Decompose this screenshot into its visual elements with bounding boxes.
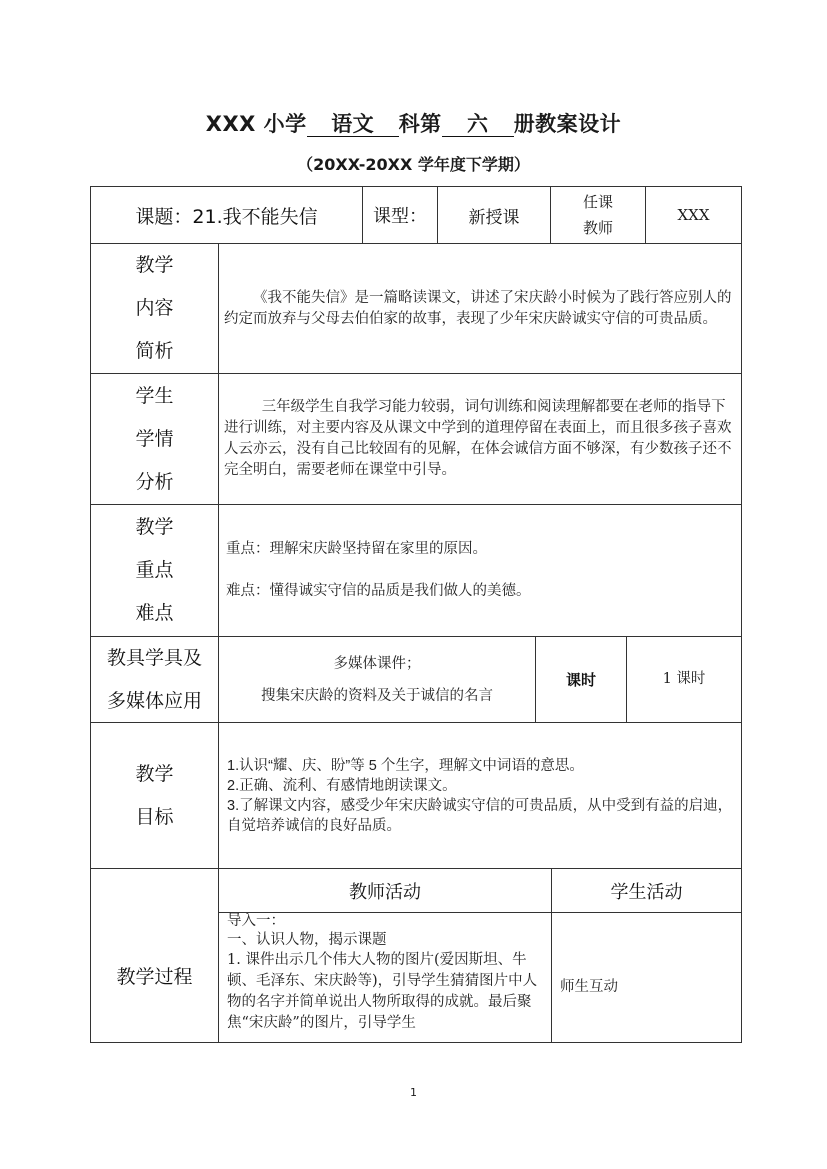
teacher-label-line: 任课: [583, 189, 613, 215]
student-activity-header: 学生活动: [552, 869, 741, 912]
teacher-activity-cell: 导入一： 一、认识人物，揭示课题 1. 课件出示几个伟大人物的图片(爱因斯坦、牛…: [227, 913, 549, 1042]
topic-label: 课题：: [135, 202, 192, 229]
table-border: [90, 1042, 742, 1043]
objectives-label: 教学 目标: [91, 723, 218, 868]
document-title: XXX 小学语文科第六册教案设计: [0, 108, 827, 138]
process-label: 教学过程: [91, 869, 218, 1042]
lesson-type-value: 新授课: [438, 187, 550, 243]
label-line: 教学: [135, 506, 173, 549]
student-analysis-text: 三年级学生自我学习能力较弱，词句训练和阅读理解都要在老师的指导下进行训练，对主要…: [224, 397, 738, 481]
subject-suffix: 科第: [399, 112, 442, 136]
label-line: 内容: [135, 287, 173, 330]
label-line: 难点: [135, 592, 173, 635]
media-items-cell: 多媒体课件； 搜集宋庆龄的资料及关于诚信的名言: [219, 637, 535, 722]
objectives-list: 1.认识“耀、庆、盼”等 5 个生字，理解文中词语的意思。 2.正确、流利、有感…: [227, 723, 738, 868]
student-activity-text: 师生互动: [560, 913, 740, 1042]
label-line: 教学: [135, 753, 173, 796]
key-points-cell: 重点：理解宋庆龄坚持留在家里的原因。 难点：懂得诚实守信的品质是我们做人的美德。: [226, 505, 738, 636]
content-summary-label: 教学 内容 简析: [91, 244, 218, 373]
key-points-label: 教学 重点 难点: [91, 505, 218, 636]
objective-item: 1.认识“耀、庆、盼”等 5 个生字，理解文中词语的意思。: [227, 756, 584, 776]
student-analysis-label: 学生 学情 分析: [91, 374, 218, 504]
objective-item: 2.正确、流利、有感情地朗读课文。: [227, 776, 457, 796]
class-hours-value: 1 课时: [627, 637, 741, 722]
teacher-activity-line: 导入一：: [227, 913, 549, 930]
label-line: 简析: [135, 330, 173, 373]
label-line: 学生: [135, 375, 173, 418]
label-line: 学情: [135, 418, 173, 461]
subject-field: 语文: [307, 112, 399, 137]
page-number: 1: [0, 1086, 827, 1099]
media-item: 多媒体课件；: [334, 648, 421, 680]
teacher-activity-header: 教师活动: [219, 869, 551, 912]
volume-suffix: 册教案设计: [514, 112, 622, 136]
lesson-type-label: 课型：: [363, 187, 437, 243]
content-summary-text: 《我不能失信》是一篇略读课文，讲述了宋庆龄小时候为了践行答应别人的约定而放弃与父…: [224, 288, 738, 330]
content-summary-cell: 《我不能失信》是一篇略读课文，讲述了宋庆龄小时候为了践行答应别人的约定而放弃与父…: [224, 244, 738, 373]
teacher-label-line: 教师: [583, 215, 613, 241]
student-analysis-cell: 三年级学生自我学习能力较弱，词句训练和阅读理解都要在老师的指导下进行训练，对主要…: [224, 374, 738, 504]
label-line: 多媒体应用: [107, 680, 202, 723]
topic-value: 21.我不能失信: [192, 202, 317, 229]
media-label: 教具学具及 多媒体应用: [91, 637, 218, 722]
teacher-activity-line: 1. 课件出示几个伟大人物的图片(爱因斯坦、牛顿、毛泽东、宋庆龄等)，引导学生猜…: [227, 950, 549, 1034]
term-subtitle: （20XX-20XX 学年度下学期）: [0, 152, 827, 175]
teacher-label: 任课 教师: [551, 187, 645, 243]
teacher-activity-line: 一、认识人物，揭示课题: [227, 930, 549, 950]
label-line: 教学: [135, 244, 173, 287]
label-line: 重点: [135, 549, 173, 592]
label-line: 教具学具及: [107, 637, 202, 680]
school-name: XXX 小学: [206, 112, 307, 136]
volume-field: 六: [442, 112, 514, 137]
objective-item: 3.了解课文内容，感受少年宋庆龄诚实守信的可贵品质，从中受到有益的启迪，自觉培养…: [227, 796, 738, 836]
label-line: 分析: [135, 461, 173, 504]
teacher-value: XXX: [646, 187, 741, 243]
difficulty-text: 难点：懂得诚实守信的品质是我们做人的美德。: [226, 581, 531, 602]
class-hours-label: 课时: [536, 637, 626, 722]
topic-cell: 课题：21.我不能失信: [91, 187, 362, 243]
label-line: 目标: [135, 796, 173, 839]
table-border: [741, 186, 742, 1043]
key-point-text: 重点：理解宋庆龄坚持留在家里的原因。: [226, 539, 487, 560]
media-item: 搜集宋庆龄的资料及关于诚信的名言: [261, 680, 493, 712]
